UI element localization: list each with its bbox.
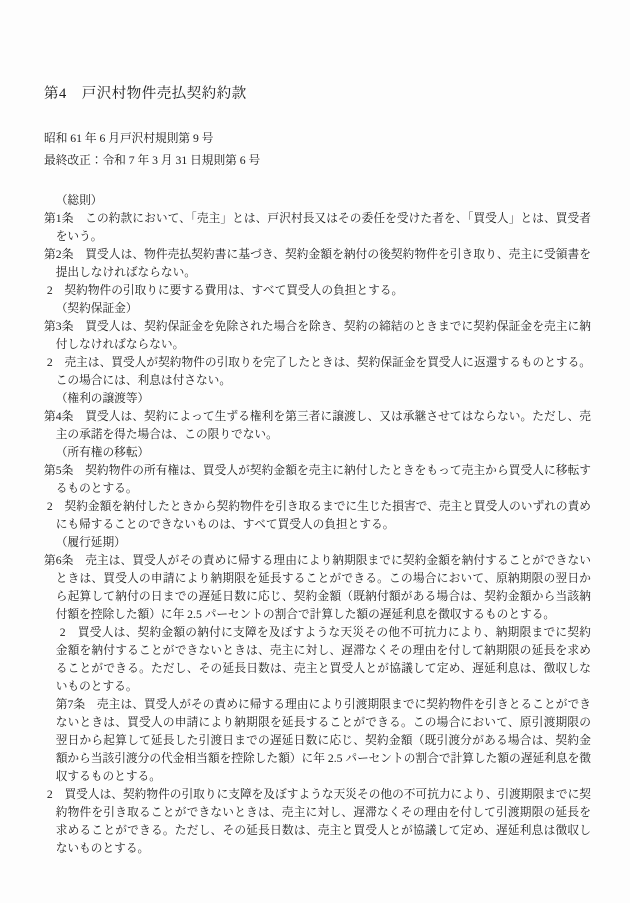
heading-contract-deposit: （契約保証金） [44, 300, 591, 318]
heading-transfer-of-rights: （権利の譲渡等） [44, 390, 591, 408]
article-1: 第1条 この約款において、「売主」とは、戸沢村長又はその委任を受けた者を、「買受… [44, 210, 591, 246]
heading-performance-extension: （履行延期） [44, 534, 591, 552]
article-2-item-2: 2 契約物件の引取りに要する費用は、すべて買受人の負担とする。 [44, 282, 591, 300]
article-5: 第5条 契約物件の所有権は、買受人が契約金額を売主に納付したときをもって売主から… [44, 462, 591, 498]
document-page: 第4 戸沢村物件売払契約約款 昭和 61 年 6 月戸沢村規則第 9 号 最終改… [0, 0, 630, 903]
article-4: 第4条 買受人は、契約によって生ずる権利を第三者に譲渡し、又は承継させてはならな… [44, 408, 591, 444]
document-meta: 昭和 61 年 6 月戸沢村規則第 9 号 最終改正：令和 7 年 3 月 31… [44, 128, 591, 172]
article-2: 第2条 買受人は、物件売払契約書に基づき、契約金額を納付の後契約物件を引き取り、… [44, 246, 591, 282]
article-3-item-2: 2 売主は、買受人が契約物件の引取りを完了したときは、契約保証金を買受人に返還す… [44, 354, 591, 390]
heading-transfer-of-ownership: （所有権の移転） [44, 444, 591, 462]
article-7: 第7条 売主は、買受人がその責めに帰する理由により引渡期限までに契約物件を引きと… [44, 696, 591, 786]
amendment-line: 最終改正：令和 7 年 3 月 31 日規則第 6 号 [44, 150, 591, 172]
article-7-item-2: 2 買受人は、契約物件の引取りに支障を及ぼすような天災その他の不可抗力により、引… [44, 786, 591, 858]
enactment-line: 昭和 61 年 6 月戸沢村規則第 9 号 [44, 128, 591, 150]
article-6-item-2: 2 買受人は、契約金額の納付に支障を及ぼすような天災その他不可抗力により、納期限… [44, 624, 591, 696]
document-title: 第4 戸沢村物件売払契約約款 [44, 84, 591, 104]
article-5-item-2: 2 契約金額を納付したときから契約物件を引き取るまでに生じた損害で、売主と買受人… [44, 498, 591, 534]
document-body: （総則） 第1条 この約款において、「売主」とは、戸沢村長又はその委任を受けた者… [44, 192, 591, 858]
article-3: 第3条 買受人は、契約保証金を免除された場合を除き、契約の締結のときまでに契約保… [44, 318, 591, 354]
article-6: 第6条 売主は、買受人がその責めに帰する理由により納期限までに契約金額を納付する… [44, 552, 591, 624]
heading-general-provisions: （総則） [44, 192, 591, 210]
